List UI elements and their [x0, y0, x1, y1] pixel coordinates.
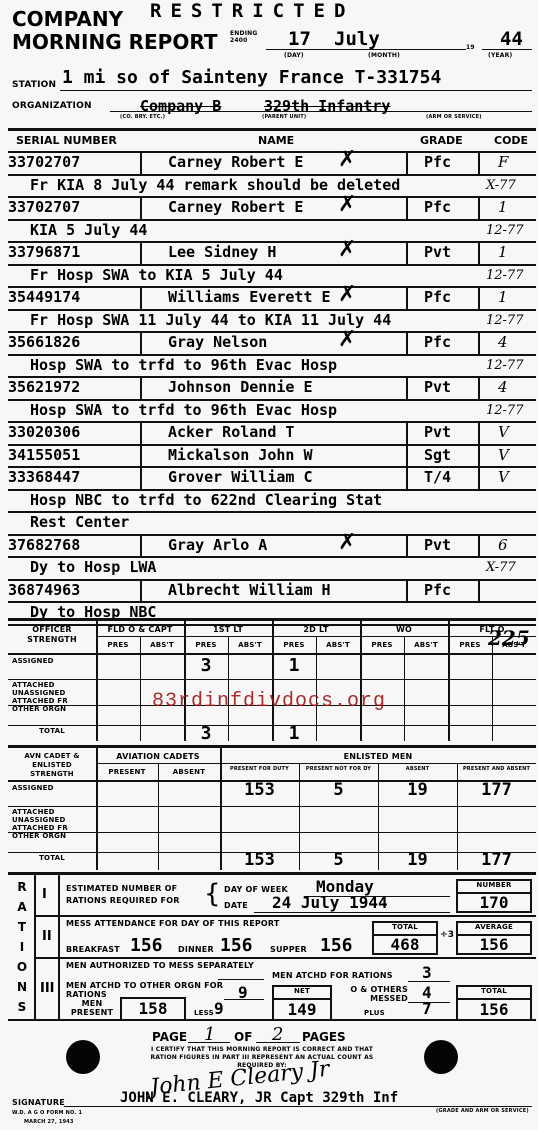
code: 6: [498, 536, 508, 554]
rations-side-letter: N: [12, 977, 32, 997]
ending-label: ENDING 2400: [230, 30, 264, 44]
supper-label: SUPPER: [270, 945, 307, 954]
rations-side-letter: O: [12, 957, 32, 977]
report-month: July: [334, 28, 380, 50]
roster-remark-row: Hosp NBC to trfd to 622nd Clearing Stat: [8, 491, 536, 514]
roster-header-row: SERIAL NUMBER NAME GRADE CODE: [8, 131, 536, 153]
column-code: CODE: [494, 134, 528, 147]
roster-entry-row: 37682768Gray Arlo APvt6✗: [8, 536, 536, 559]
rations-total-value: 156: [458, 1000, 530, 1019]
grade: Pvt: [424, 423, 451, 441]
signer-caption: (GRADE AND ARM OR SERVICE): [436, 1108, 529, 1114]
roster-remark-row: KIA 5 July 4412-77: [8, 221, 536, 244]
roster-entry-row: 33796871Lee Sidney HPvt1✗: [8, 243, 536, 266]
serial-number: 35621972: [8, 378, 80, 396]
form-title-line2: MORNING REPORT: [12, 31, 217, 53]
x-check-mark-icon: ✗: [338, 192, 356, 217]
serial-number: 33020306: [8, 423, 80, 441]
of-label: OF: [234, 1030, 252, 1044]
officer-group-header: FLT O: [448, 625, 536, 634]
divide-sign: ÷3: [440, 931, 450, 940]
serial-number: 34155051: [8, 446, 80, 464]
roster-entry-row: 33702707Carney Robert EPfcF✗: [8, 153, 536, 176]
rations-side-letter: I: [12, 937, 32, 957]
roster-remark-row: Fr Hosp SWA 11 July 44 to KIA 11 July 44…: [8, 311, 536, 334]
plus-label: PLUS: [364, 1009, 385, 1017]
enlisted-subcol-header: ABSENT: [378, 766, 457, 773]
x-check-mark-icon: ✗: [338, 237, 356, 262]
organization-unit: 329th Infantry: [264, 97, 390, 115]
roster-remark-row: Fr KIA 8 July 44 remark should be delete…: [8, 176, 536, 199]
remark-text: Fr Hosp SWA 11 July 44 to KIA 11 July 44: [30, 311, 391, 329]
section-iii-numeral: III: [40, 981, 55, 996]
x-check-mark-icon: ✗: [338, 282, 356, 307]
roster-body: 33702707Carney Robert EPfcF✗Fr KIA 8 Jul…: [8, 153, 536, 626]
total-enlisted-value: 177: [457, 850, 536, 870]
brace-icon: {: [204, 879, 221, 909]
officer-subcol-header: PRES: [184, 641, 228, 649]
officer-subcol-header: ABS'T: [316, 641, 360, 649]
mess-separately-label: MEN AUTHORIZED TO MESS SEPARATELY: [66, 961, 266, 970]
roster-entry-row: 35449174Williams Everett EPfc1✗: [8, 288, 536, 311]
punch-hole-right: [424, 1040, 458, 1074]
total-1st-lt-present: 3: [184, 723, 228, 744]
roster-entry-row: 33020306Acker Roland TPvtV: [8, 423, 536, 446]
remark-code: 12-77: [486, 403, 523, 418]
enlisted-row-label: ATTACHED UNASSIGNED: [12, 808, 92, 824]
rations-total-box: TOTAL 156: [456, 985, 532, 1021]
officer-group-header: FLD O & CAPT: [96, 625, 184, 634]
form-date: MARCH 27, 1943: [24, 1119, 74, 1125]
net-box: NET 149: [272, 985, 332, 1021]
enlisted-row-label: ASSIGNED: [12, 784, 92, 792]
plus-value: 7: [422, 999, 432, 1018]
aviation-subcol-header: PRESENT: [96, 768, 158, 776]
assigned-enlisted-value: 177: [457, 780, 536, 800]
enlisted-men-header: ENLISTED MEN: [220, 752, 536, 761]
men-present-label: MEN PRESENT: [66, 999, 118, 1017]
men-present-value: 158: [122, 999, 184, 1019]
code: V: [498, 423, 509, 441]
signature-label: SIGNATURE: [12, 1098, 65, 1107]
enlisted-strength-title: AVN CADET & ENLISTED STRENGTH: [12, 752, 92, 779]
roster-remark-row: Dy to Hosp LWAX-77: [8, 558, 536, 581]
serial-number: 33368447: [8, 468, 80, 486]
grade: Pfc: [424, 333, 451, 351]
serial-number: 36874963: [8, 581, 80, 599]
morning-report-form: RESTRICTED COMPANY MORNING REPORT ENDING…: [0, 0, 538, 1130]
assigned-1st-lt-present: 3: [184, 655, 228, 676]
officer-row-label: ASSIGNED: [12, 657, 92, 665]
roster-entry-row: 35661826Gray NelsonPfc4✗: [8, 333, 536, 356]
men-present-box: 158: [120, 997, 186, 1021]
total-2d-lt-present: 1: [272, 723, 316, 744]
date-label: DATE: [224, 901, 248, 910]
soldier-name: Williams Everett E: [168, 288, 331, 306]
breakfast-value: 156: [130, 935, 163, 956]
assigned-enlisted-value: 5: [299, 780, 378, 800]
column-name: NAME: [258, 134, 294, 147]
soldier-name: Gray Nelson: [168, 333, 267, 351]
enlisted-subcol-header: PRESENT FOR DUTY: [220, 766, 299, 773]
year-prefix: 19: [466, 44, 475, 51]
less-label: LESS: [194, 1009, 214, 1017]
less-value: 9: [214, 999, 224, 1018]
officer-strength-title: OFFICER STRENGTH: [12, 625, 92, 645]
remark-code: X-77: [486, 560, 516, 575]
soldier-name: Johnson Dennie E: [168, 378, 313, 396]
enlisted-row-label: ATTACHED FR OTHER ORGN: [12, 824, 92, 840]
rations-side-letter: R: [12, 877, 32, 897]
roster-entry-row: 34155051Mickalson John WSgtV: [8, 446, 536, 469]
serial-number: 37682768: [8, 536, 80, 554]
org-caption-unit: (PARENT UNIT): [262, 114, 306, 120]
signer-name: JOHN E. CLEARY, JR Capt 329th Inf: [120, 1090, 398, 1106]
code: 4: [498, 378, 508, 396]
station-label: STATION: [12, 80, 56, 90]
roster-entry-row: 33368447Grover William CT/4V: [8, 468, 536, 491]
assigned-enlisted-value: 19: [378, 780, 457, 800]
rations-side-letter: A: [12, 897, 32, 917]
remark-code: 12-77: [486, 223, 523, 238]
classification-stamp: RESTRICTED: [150, 0, 354, 22]
column-grade: GRADE: [420, 134, 463, 147]
officer-subcol-header: PRES: [272, 641, 316, 649]
roster-entry-row: 35621972Johnson Dennie EPvt4: [8, 378, 536, 401]
officer-subcol-header: PRES: [360, 641, 404, 649]
remark-text: Hosp NBC to trfd to 622nd Clearing Stat: [30, 491, 382, 509]
serial-number: 35449174: [8, 288, 80, 306]
remark-code: 12-77: [486, 358, 523, 373]
x-check-mark-icon: ✗: [338, 327, 356, 352]
enlisted-strength-table: AVN CADET & ENLISTED STRENGTHAVIATION CA…: [8, 748, 536, 870]
number-value: 170: [458, 894, 530, 912]
supper-value: 156: [320, 935, 353, 956]
section-ii-numeral: II: [42, 929, 52, 944]
grade: Pvt: [424, 378, 451, 396]
officer-strength-table: OFFICER STRENGTHFLD O & CAPTPRESABS'T1ST…: [8, 621, 536, 741]
remark-code: 12-77: [486, 268, 523, 283]
grade: Sgt: [424, 446, 451, 464]
officer-subcol-header: PRES: [96, 641, 140, 649]
organization-label: ORGANIZATION: [12, 101, 92, 111]
rations-side-label: RATIONS: [12, 877, 32, 1017]
officer-group-header: 2D LT: [272, 625, 360, 634]
column-serial-number: SERIAL NUMBER: [16, 134, 117, 147]
code: V: [498, 446, 509, 464]
atchd-other-value: 9: [238, 983, 248, 1002]
code: 1: [498, 243, 508, 261]
x-check-mark-icon: ✗: [338, 530, 356, 555]
soldier-name: Carney Robert E: [168, 198, 303, 216]
roster-entry-row: 33702707Carney Robert EPfc1✗: [8, 198, 536, 221]
enlisted-row-label: TOTAL: [12, 854, 92, 862]
rations-total-label: TOTAL: [458, 987, 530, 1000]
pages-total: 2: [272, 1024, 283, 1045]
org-caption-company: (CO. BRY. ETC.): [120, 114, 165, 120]
roster-remark-row: Hosp SWA to trfd to 96th Evac Hosp12-77: [8, 356, 536, 379]
breakfast-label: BREAKFAST: [66, 945, 120, 954]
ration-date-value: 24 July 1944: [272, 893, 388, 912]
rations-section: RATIONS I ESTIMATED NUMBER OF RATIONS RE…: [8, 875, 536, 1021]
officer-row-label: TOTAL: [12, 727, 92, 735]
grade: Pfc: [424, 288, 451, 306]
total-enlisted-value: 19: [378, 850, 457, 870]
form-title-line1: COMPANY: [12, 8, 123, 30]
roster-table: SERIAL NUMBER NAME GRADE CODE 33702707Ca…: [8, 131, 536, 648]
remark-code: X-77: [486, 178, 516, 193]
mess-total-value: 468: [374, 936, 436, 954]
atchd-for-rations-value: 3: [422, 963, 432, 982]
serial-number: 33702707: [8, 153, 80, 171]
code: 1: [498, 288, 508, 306]
code: F: [498, 153, 508, 171]
rations-side-letter: T: [12, 917, 32, 937]
soldier-name: Lee Sidney H: [168, 243, 276, 261]
dinner-value: 156: [220, 935, 253, 956]
dinner-label: DINNER: [178, 945, 214, 954]
roster-remark-row: Hosp SWA to trfd to 96th Evac Hosp12-77: [8, 401, 536, 424]
assigned-enlisted-value: 153: [220, 780, 299, 800]
atchd-for-rations-label: MEN ATCHD FOR RATIONS: [272, 971, 393, 980]
form-number: W.D. A G O FORM NO. 1: [12, 1110, 82, 1116]
officer-subcol-header: ABS'T: [492, 641, 536, 649]
remark-text: Rest Center: [30, 513, 129, 531]
remark-text: Hosp SWA to trfd to 96th Evac Hosp: [30, 401, 337, 419]
serial-number: 35661826: [8, 333, 80, 351]
x-check-mark-icon: ✗: [338, 147, 356, 172]
page-number: 1: [204, 1024, 215, 1045]
code: V: [498, 468, 509, 486]
remark-text: Fr Hosp SWA to KIA 5 July 44: [30, 266, 283, 284]
org-caption-service: (ARM OR SERVICE): [426, 114, 482, 120]
grade: Pvt: [424, 536, 451, 554]
page-label: PAGE: [152, 1030, 187, 1044]
remark-text: KIA 5 July 44: [30, 221, 147, 239]
grade: Pfc: [424, 198, 451, 216]
code: 1: [498, 198, 508, 216]
soldier-name: Albrecht William H: [168, 581, 331, 599]
grade: T/4: [424, 468, 451, 486]
total-enlisted-value: 153: [220, 850, 299, 870]
month-caption: (MONTH): [368, 52, 400, 59]
officer-subcol-header: ABS'T: [228, 641, 272, 649]
report-year: 44: [500, 28, 523, 50]
officer-row-label: ATTACHED FR OTHER ORGN: [12, 697, 92, 713]
roster-entry-row: 36874963Albrecht William HPfc: [8, 581, 536, 604]
enlisted-subcol-header: PRESENT AND ABSENT: [457, 766, 536, 773]
enlisted-subcol-header: PRESENT NOT FOR DY: [299, 766, 378, 773]
soldier-name: Gray Arlo A: [168, 536, 267, 554]
grade: Pfc: [424, 581, 451, 599]
net-value: 149: [274, 1000, 330, 1019]
officer-subcol-header: PRES: [448, 641, 492, 649]
remark-text: Dy to Hosp LWA: [30, 558, 156, 576]
roster-remark-row: Rest Center: [8, 513, 536, 536]
officer-group-header: WO: [360, 625, 448, 634]
watermark-text: 83rdinfdivdocs.org: [152, 690, 386, 713]
punch-hole-left: [66, 1040, 100, 1074]
report-day: 17: [288, 28, 311, 50]
number-box: NUMBER 170: [456, 879, 532, 913]
rations-side-letter: S: [12, 997, 32, 1017]
soldier-name: Grover William C: [168, 468, 313, 486]
aviation-subcol-header: ABSENT: [158, 768, 220, 776]
assigned-2d-lt-present: 1: [272, 655, 316, 676]
soldier-name: Mickalson John W: [168, 446, 313, 464]
grade: Pvt: [424, 243, 451, 261]
total-box: TOTAL 468: [372, 921, 438, 955]
remark-code: 12-77: [486, 313, 523, 328]
officer-subcol-header: ABS'T: [404, 641, 448, 649]
section-i-numeral: I: [42, 887, 47, 902]
average-box: AVERAGE 156: [456, 921, 532, 955]
soldier-name: Acker Roland T: [168, 423, 294, 441]
total-enlisted-value: 5: [299, 850, 378, 870]
day-caption: (DAY): [284, 52, 304, 59]
officer-subcol-header: ABS'T: [140, 641, 184, 649]
serial-number: 33796871: [8, 243, 80, 261]
officer-group-header: 1ST LT: [184, 625, 272, 634]
roster-remark-row: Fr Hosp SWA to KIA 5 July 4412-77: [8, 266, 536, 289]
code: 4: [498, 333, 508, 351]
section-i-label: ESTIMATED NUMBER OF RATIONS REQUIRED FOR: [66, 883, 206, 907]
organization-company: Company B: [140, 97, 221, 115]
grade: Pfc: [424, 153, 451, 171]
section-ii-label: MESS ATTENDANCE FOR DAY OF THIS REPORT: [66, 919, 280, 928]
year-caption: (YEAR): [488, 52, 512, 59]
net-label: NET: [274, 987, 330, 1000]
serial-number: 33702707: [8, 198, 80, 216]
soldier-name: Carney Robert E: [168, 153, 303, 171]
officer-row-label: ATTACHED UNASSIGNED: [12, 681, 92, 697]
pages-label: PAGES: [302, 1030, 346, 1044]
aviation-cadets-header: AVIATION CADETS: [96, 752, 220, 761]
average-value: 156: [458, 936, 530, 954]
remark-text: Fr KIA 8 July 44 remark should be delete…: [30, 176, 400, 194]
others-messed-label: O & OTHERS MESSED: [342, 985, 408, 1003]
remark-text: Hosp SWA to trfd to 96th Evac Hosp: [30, 356, 337, 374]
station-value: 1 mi so of Sainteny France T-331754: [62, 67, 441, 88]
